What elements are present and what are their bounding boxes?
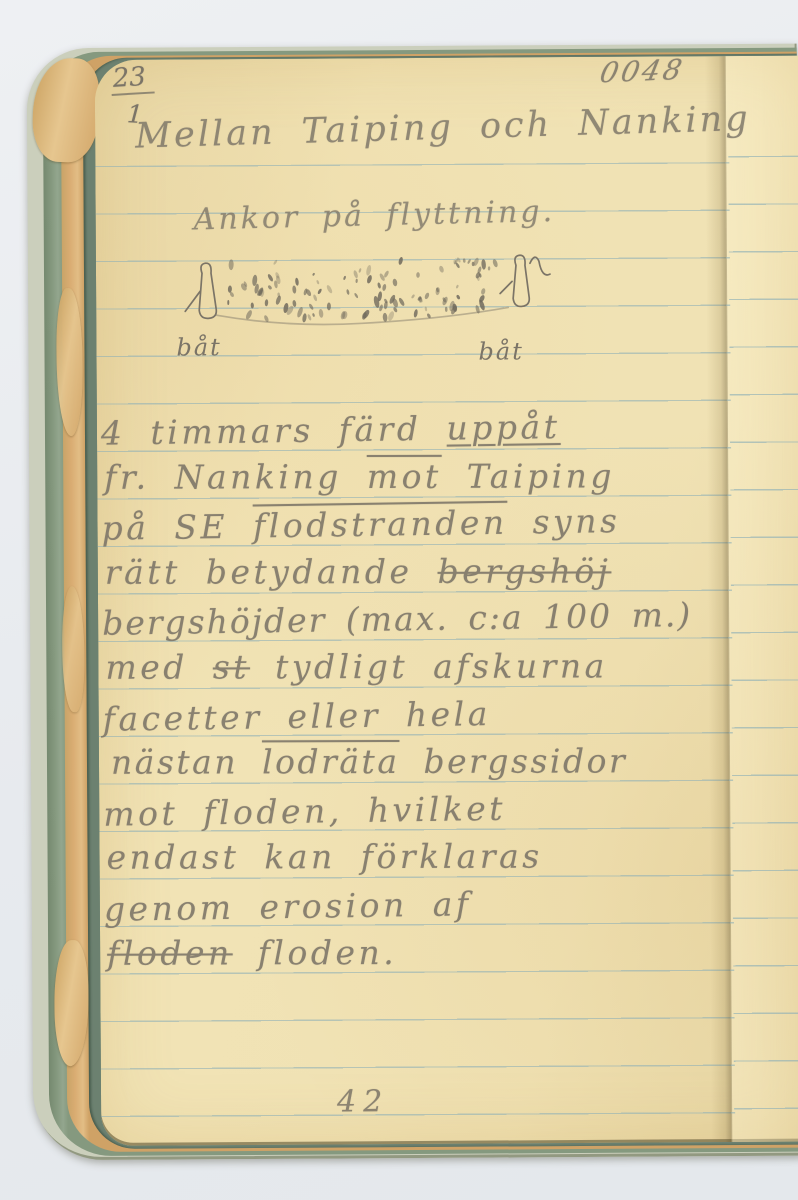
handwritten-line: på SE flodstranden syns: [101, 495, 762, 552]
heading-line-1: Mellan Taiping och Nanking: [135, 99, 751, 157]
date-annotation-day: 23: [110, 62, 155, 95]
handwritten-line: rätt betydande bergshöj: [105, 547, 762, 596]
scan-number: 0048: [597, 56, 688, 90]
boat-right-icon: [500, 255, 550, 306]
notebook-scan-photo: 23 1 0048 Mellan Taiping och Nanking Ank…: [0, 0, 798, 1200]
handwritten-line: mot floden, hvilket: [103, 781, 764, 838]
page-number: 42: [337, 1084, 389, 1119]
handwritten-line: 4 timmars färd uppåt: [101, 400, 762, 457]
boat-label-left: båt: [176, 332, 222, 361]
handwritten-line: fr. Nanking mot Taiping: [104, 452, 761, 501]
handwritten-line: facetter eller hela: [102, 686, 763, 743]
duck-flock-sketch: båt båt: [150, 247, 581, 372]
boat-label-right: båt: [478, 336, 524, 365]
flock-dots: [227, 256, 499, 323]
handwritten-line: bergshöjder (max. c:a 100 m.): [102, 590, 763, 647]
handwritten-line: nästan lodräta bergssidor: [111, 737, 763, 786]
body-text: 4 timmars färd uppåtfr. Nanking mot Taip…: [101, 403, 764, 978]
handwritten-line: genom erosion af: [104, 876, 765, 933]
handwritten-line: endast kan förklaras: [107, 832, 764, 881]
handwritten-line: floden floden.: [107, 928, 764, 977]
notebook-page: 23 1 0048 Mellan Taiping och Nanking Ank…: [95, 56, 798, 1146]
boat-left-icon: [185, 263, 216, 318]
handwritten-line: med st tydligt afskurna: [105, 642, 762, 691]
notebook: 23 1 0048 Mellan Taiping och Nanking Ank…: [0, 0, 798, 1200]
